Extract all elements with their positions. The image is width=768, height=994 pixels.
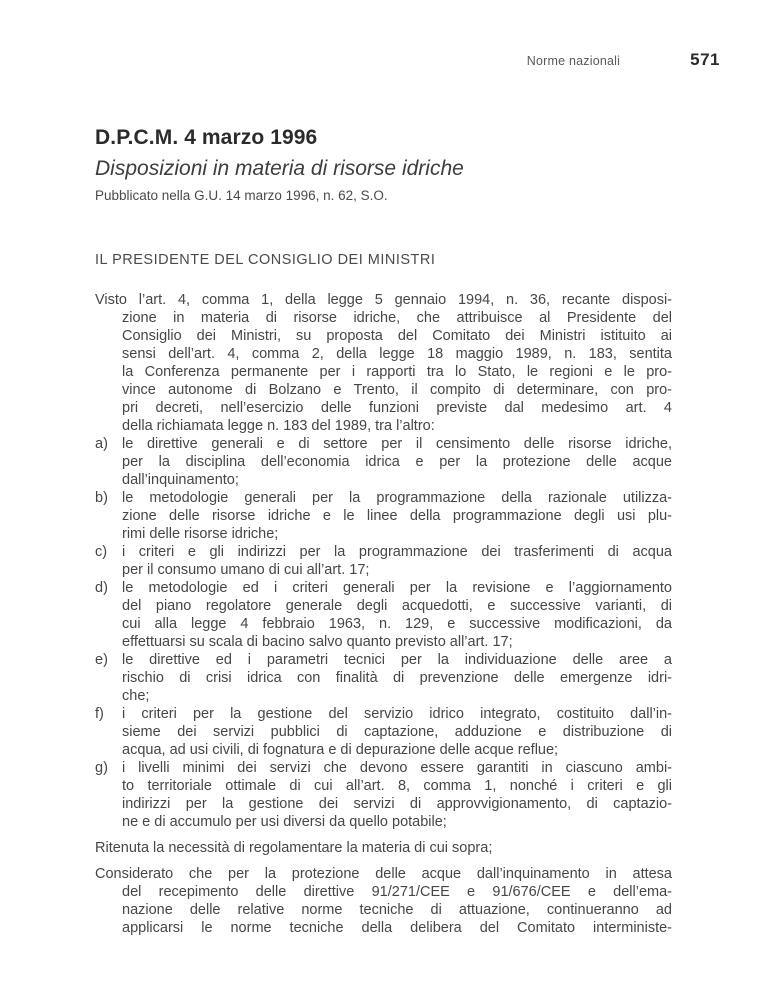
text-line: Visto l’art. 4, comma 1, della legge 5 g… (95, 291, 672, 309)
text-line: vince autonome di Bolzano e Trento, il c… (95, 381, 672, 399)
text-line: indirizzi per la gestione dei servizi di… (95, 795, 672, 813)
text-line: per la disciplina dell’economia idrica e… (95, 453, 672, 471)
text-line: acqua, ad usi civili, di fognatura e di … (95, 741, 672, 759)
paragraph: Ritenuta la necessità di regolamentare l… (95, 839, 672, 857)
text-line: che; (95, 687, 672, 705)
text-line: del piano regolatore generale degli acqu… (95, 597, 672, 615)
page-number: 571 (690, 50, 720, 70)
text-line: rischio di crisi idrica con finalità di … (95, 669, 672, 687)
text-line: effettuarsi su scala di bacino salvo qua… (95, 633, 672, 651)
text-line: nazione delle relative norme tecniche di… (95, 901, 672, 919)
text-line: Ritenuta la necessità di regolamentare l… (95, 839, 672, 857)
text-line: rimi delle risorse idriche; (95, 525, 672, 543)
list-item-c: c)i criteri e gli indirizzi per la progr… (95, 543, 672, 579)
text-line: per il consumo umano di cui all’art. 17; (95, 561, 672, 579)
list-item-g: g)i livelli minimi dei servizi che devon… (95, 759, 672, 831)
paragraph: Visto l’art. 4, comma 1, della legge 5 g… (95, 291, 672, 435)
header-section-label: Norme nazionali (527, 54, 620, 68)
text-line: pri decreti, nell’esercizio delle funzio… (95, 399, 672, 417)
text-line: to territoriale ottimale di cui all’art.… (95, 777, 672, 795)
text-line: della richiamata legge n. 183 del 1989, … (95, 417, 672, 435)
running-header: Norme nazionali 571 (527, 50, 720, 70)
list-item-e: e)le direttive ed i parametri tecnici pe… (95, 651, 672, 705)
text-line: applicarsi le norme tecniche della delib… (95, 919, 672, 937)
text-line: del recepimento delle direttive 91/271/C… (95, 883, 672, 901)
document-subtitle: Disposizioni in materia di risorse idric… (95, 157, 464, 181)
section-heading: IL PRESIDENTE DEL CONSIGLIO DEI MINISTRI (95, 252, 435, 268)
list-item-label: d) (95, 579, 122, 597)
text-line: dall’inquinamento; (95, 471, 672, 489)
text-line: la Conferenza permanente per i rapporti … (95, 363, 672, 381)
text-line: zione in materia di risorse idriche, che… (95, 309, 672, 327)
list-item-f: f)i criteri per la gestione del servizio… (95, 705, 672, 759)
list-item-d: d)le metodologie ed i criteri generali p… (95, 579, 672, 651)
text-line: zione delle risorse idriche e le linee d… (95, 507, 672, 525)
list-item-a: a)le direttive generali e di settore per… (95, 435, 672, 489)
text-line: le metodologie ed i criteri generali per… (95, 579, 672, 597)
text-line: le direttive ed i parametri tecnici per … (95, 651, 672, 669)
publication-reference: Pubblicato nella G.U. 14 marzo 1996, n. … (95, 188, 388, 203)
list-item-label: f) (95, 705, 122, 723)
text-line: sieme dei servizi pubblici di captazione… (95, 723, 672, 741)
text-line: Considerato che per la protezione delle … (95, 865, 672, 883)
text-line: le direttive generali e di settore per i… (95, 435, 672, 453)
list-item-label: c) (95, 543, 122, 561)
text-line: sensi dell’art. 4, comma 2, della legge … (95, 345, 672, 363)
text-line: i criteri per la gestione del servizio i… (95, 705, 672, 723)
text-line: i livelli minimi dei servizi che devono … (95, 759, 672, 777)
text-line: Consiglio dei Ministri, su proposta del … (95, 327, 672, 345)
paragraph: Considerato che per la protezione delle … (95, 865, 672, 937)
document-body: Visto l’art. 4, comma 1, della legge 5 g… (95, 291, 672, 937)
text-line: cui alla legge 4 febbraio 1963, n. 129, … (95, 615, 672, 633)
list-item-label: g) (95, 759, 122, 777)
list-item-label: a) (95, 435, 122, 453)
document-page: Norme nazionali 571 D.P.C.M. 4 marzo 199… (0, 0, 768, 994)
text-line: ne e di accumulo per usi diversi da quel… (95, 813, 672, 831)
list-item-b: b)le metodologie generali per la program… (95, 489, 672, 543)
list-item-label: b) (95, 489, 122, 507)
text-line: le metodologie generali per la programma… (95, 489, 672, 507)
document-title: D.P.C.M. 4 marzo 1996 (95, 126, 317, 150)
text-line: i criteri e gli indirizzi per la program… (95, 543, 672, 561)
list-item-label: e) (95, 651, 122, 669)
